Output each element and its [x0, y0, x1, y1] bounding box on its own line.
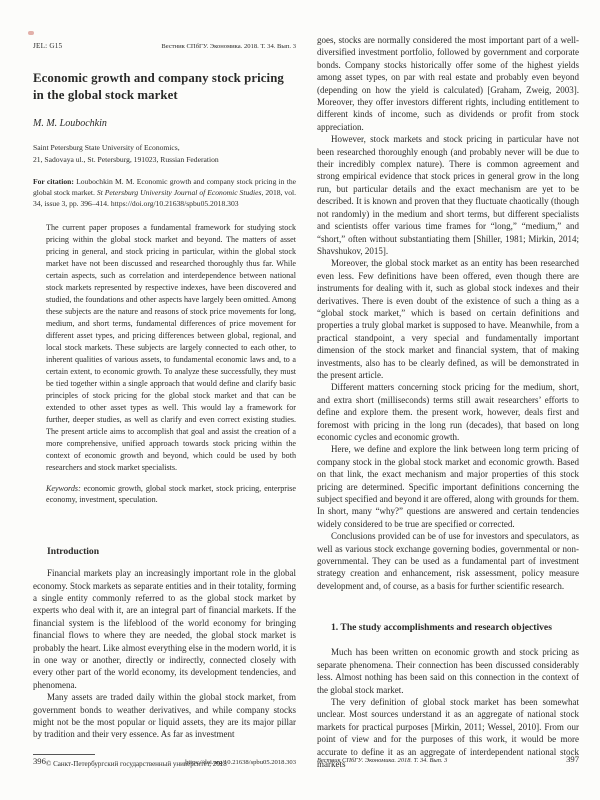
section-1-paragraph-1: Much has been written on economic growth… — [317, 646, 579, 696]
intro-paragraph-1: Financial markets play an increasingly i… — [33, 567, 296, 691]
intro-paragraph-2: Many assets are traded daily within the … — [33, 691, 296, 741]
keywords-list: economic growth, global stock market, st… — [46, 484, 296, 505]
body-paragraph-5: Here, we define and explore the link bet… — [317, 443, 579, 530]
right-page: goes, stocks are normally considered the… — [317, 34, 579, 770]
citation-label: For citation: — [33, 177, 74, 186]
jel-code: JEL: G15 — [33, 42, 62, 50]
body-paragraph-2: However, stock markets and stock pricing… — [317, 133, 579, 257]
citation-journal-name: St Petersburg University Journal of Econ… — [97, 188, 262, 197]
footnote-divider — [33, 754, 95, 755]
right-page-footer: Вестник СПбГУ. Экономика. 2018. Т. 34. В… — [317, 754, 579, 764]
affiliation-line-1: Saint Petersburg State University of Eco… — [33, 142, 296, 153]
author-name: M. M. Loubochkin — [33, 118, 296, 129]
journal-footer-reference: Вестник СПбГУ. Экономика. 2018. Т. 34. В… — [317, 757, 447, 764]
scan-artifact-mark — [28, 31, 34, 35]
body-paragraph-4: Different matters concerning stock prici… — [317, 381, 579, 443]
body-paragraph-3: Moreover, the global stock market as an … — [317, 257, 579, 381]
left-page: JEL: G15 Вестник СПбГУ. Экономика. 2018.… — [33, 42, 296, 768]
page-header: JEL: G15 Вестник СПбГУ. Экономика. 2018.… — [33, 42, 296, 50]
citation-block: For citation: Loubochkin M. M. Economic … — [33, 177, 296, 209]
left-page-footer: 396 https://doi.org/10.21638/spbu05.2018… — [33, 756, 296, 766]
keywords-label: Keywords: — [46, 484, 81, 493]
doi-link: https://doi.org/10.21638/spbu05.2018.303 — [185, 759, 296, 766]
body-paragraph-1: goes, stocks are normally considered the… — [317, 34, 579, 133]
keywords-block: Keywords: economic growth, global stock … — [46, 483, 296, 506]
left-page-number: 396 — [33, 756, 46, 766]
body-paragraph-6: Conclusions provided can be of use for i… — [317, 530, 579, 592]
affiliation-line-2: 21, Sadovaya ul., St. Petersburg, 191023… — [33, 154, 296, 165]
journal-header: Вестник СПбГУ. Экономика. 2018. Т. 34. В… — [161, 43, 296, 50]
introduction-heading: Introduction — [47, 546, 296, 557]
author-affiliation: Saint Petersburg State University of Eco… — [33, 142, 296, 165]
abstract-text: The current paper proposes a fundamental… — [46, 222, 296, 473]
article-title: Economic growth and company stock pricin… — [33, 70, 296, 103]
right-page-number: 397 — [566, 754, 579, 764]
section-1-heading: 1. The study accomplishments and researc… — [331, 622, 579, 633]
